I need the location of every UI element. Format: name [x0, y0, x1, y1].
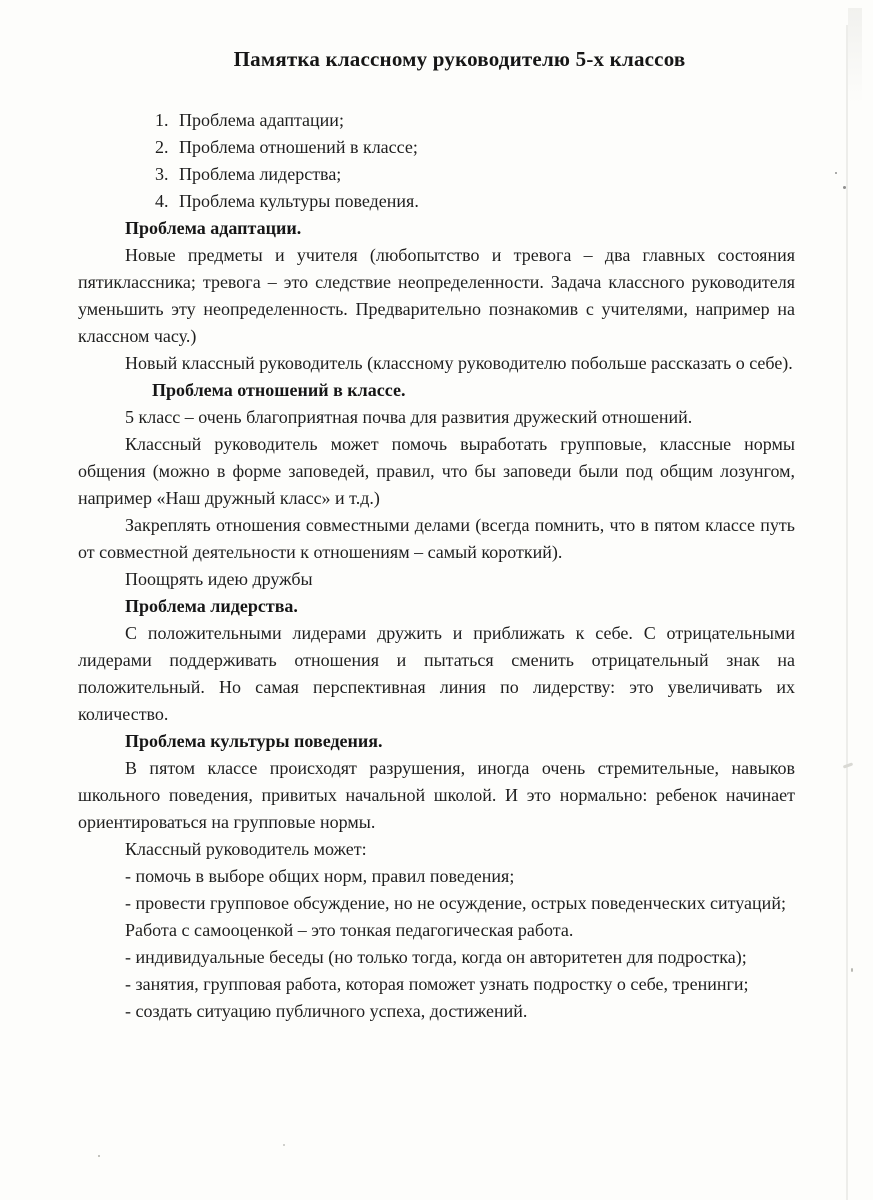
- list-item-label: Проблема адаптации;: [179, 107, 344, 134]
- problem-list: 1. Проблема адаптации; 2. Проблема отнош…: [78, 107, 795, 215]
- list-item: 1. Проблема адаптации;: [155, 107, 795, 134]
- scan-speckle: [835, 172, 837, 174]
- scan-artifact-band: [848, 8, 862, 103]
- paragraph: Закреплять отношения совместными делами …: [78, 512, 795, 566]
- document-content: 1. Проблема адаптации; 2. Проблема отнош…: [0, 107, 873, 1025]
- list-item-number: 2.: [155, 134, 179, 161]
- paragraph: - индивидуальные беседы (но только тогда…: [78, 944, 795, 971]
- paragraph: С положительными лидерами дружить и приб…: [78, 620, 795, 728]
- list-item-label: Проблема лидерства;: [179, 161, 341, 188]
- paragraph: - помочь в выборе общих норм, правил пов…: [78, 863, 795, 890]
- scan-speckle: [851, 968, 853, 972]
- list-item: 4. Проблема культуры поведения.: [155, 188, 795, 215]
- paragraph: 5 класс – очень благоприятная почва для …: [78, 404, 795, 431]
- section-heading-relations: Проблема отношений в классе.: [78, 377, 795, 404]
- scan-speckle: [283, 1144, 285, 1146]
- list-item-label: Проблема культуры поведения.: [179, 188, 419, 215]
- paragraph: - провести групповое обсуждение, но не о…: [78, 890, 795, 917]
- scan-speckle: [98, 1155, 100, 1157]
- list-item-label: Проблема отношений в классе;: [179, 134, 418, 161]
- list-item-number: 4.: [155, 188, 179, 215]
- paragraph: Поощрять идею дружбы: [78, 566, 795, 593]
- paragraph: Классный руководитель может:: [78, 836, 795, 863]
- section-heading-leadership: Проблема лидерства.: [78, 593, 795, 620]
- section-heading-behavior-culture: Проблема культуры поведения.: [78, 728, 795, 755]
- list-item-number: 3.: [155, 161, 179, 188]
- scanned-document-page: Памятка классному руководителю 5-х класс…: [0, 0, 873, 1200]
- paragraph: Новый классный руководитель (классному р…: [78, 350, 795, 377]
- scan-speckle: [843, 186, 846, 189]
- paragraph: В пятом классе происходят разрушения, ин…: [78, 755, 795, 836]
- paragraph: - создать ситуацию публичного успеха, до…: [78, 998, 795, 1025]
- paragraph: - занятия, групповая работа, которая пом…: [78, 971, 795, 998]
- scan-artifact-line: [846, 25, 848, 1200]
- list-item-number: 1.: [155, 107, 179, 134]
- paragraph: Новые предметы и учителя (любопытство и …: [78, 242, 795, 350]
- document-title: Памятка классному руководителю 5-х класс…: [0, 46, 873, 72]
- list-item: 3. Проблема лидерства;: [155, 161, 795, 188]
- document-body: Проблема адаптации. Новые предметы и учи…: [78, 215, 795, 1025]
- section-heading-adaptation: Проблема адаптации.: [78, 215, 795, 242]
- list-item: 2. Проблема отношений в классе;: [155, 134, 795, 161]
- paragraph: Работа с самооценкой – это тонкая педаго…: [78, 917, 795, 944]
- paragraph: Классный руководитель может помочь выраб…: [78, 431, 795, 512]
